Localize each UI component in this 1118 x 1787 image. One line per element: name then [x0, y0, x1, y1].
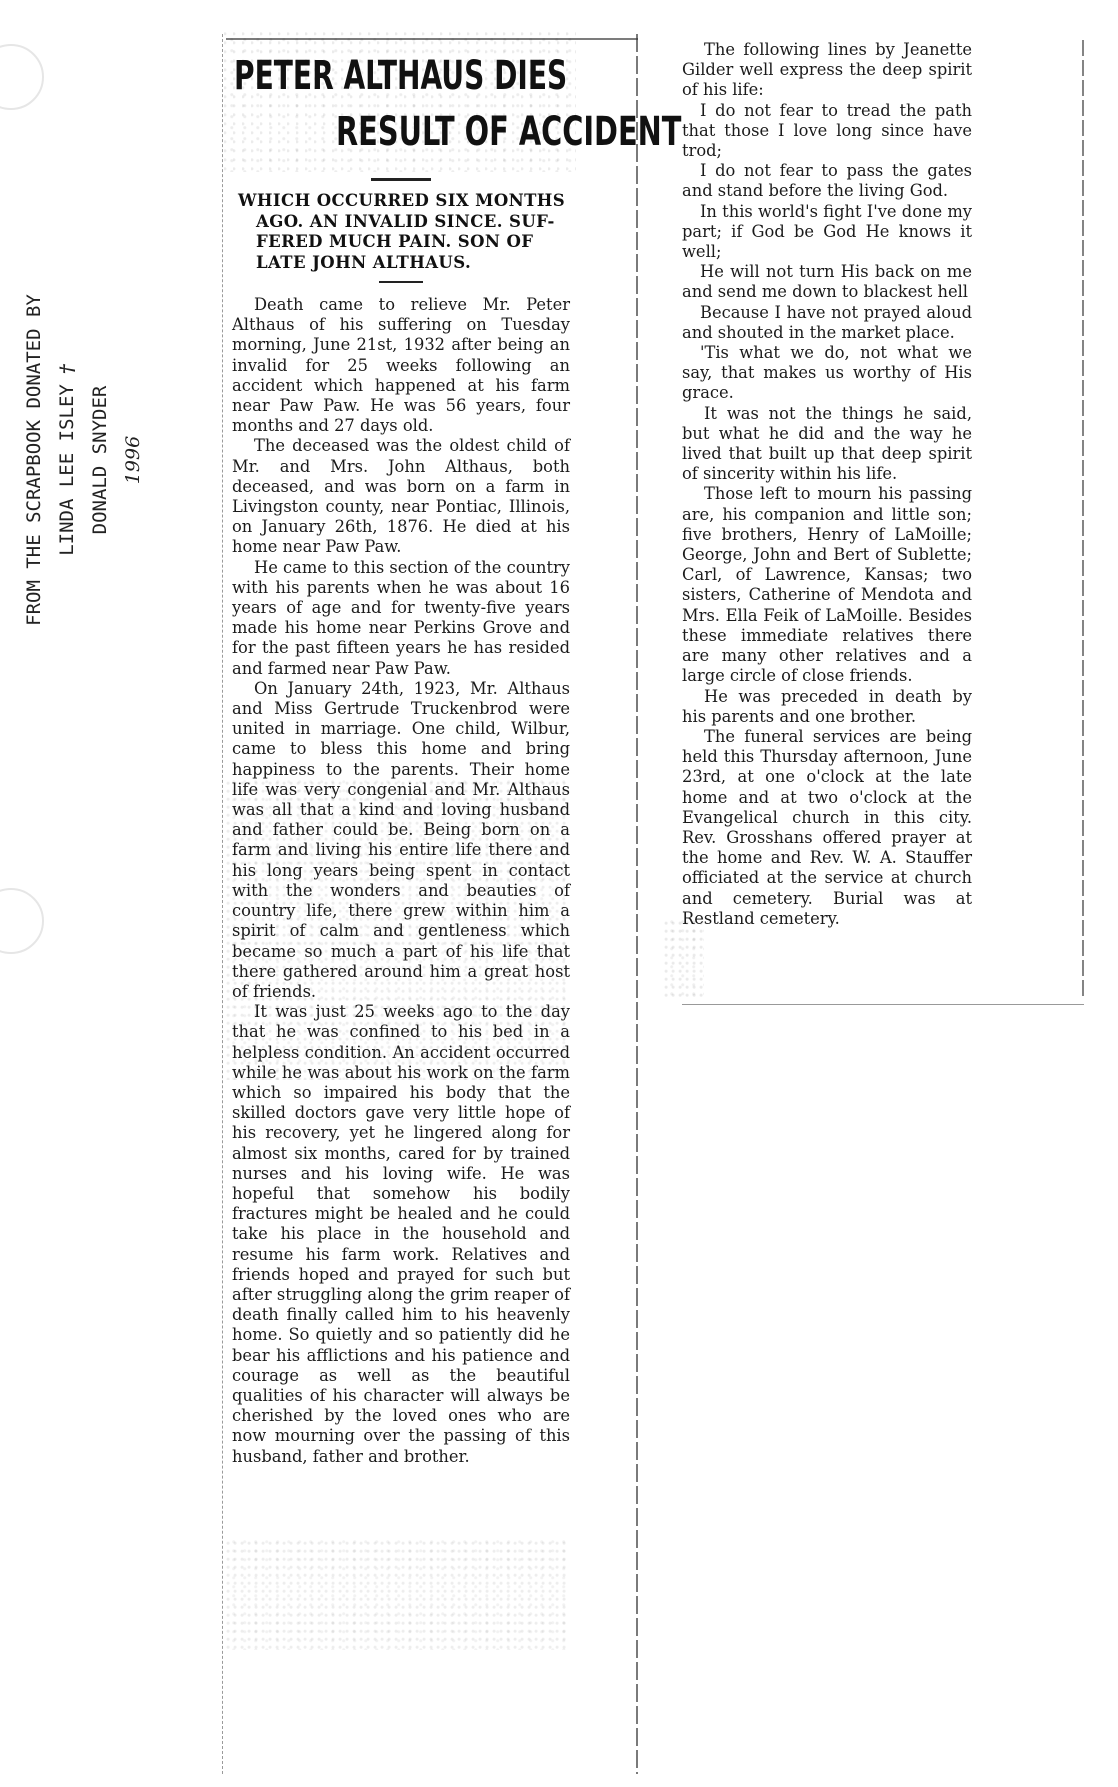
body-paragraph: He was preceded in death by his parents …	[682, 687, 972, 727]
clipping-edge-left	[222, 34, 224, 1774]
poem-verse: I do not fear to pass the gates and stan…	[682, 161, 972, 201]
poem: I do not fear to tread the path that tho…	[682, 101, 972, 404]
article-column-right: The following lines by Jeanette Gilder w…	[682, 40, 972, 929]
body-paragraph: He came to this section of the country w…	[232, 558, 570, 679]
poem-intro: The following lines by Jeanette Gilder w…	[682, 40, 972, 101]
clipping-edge-bottom-right	[682, 1004, 1084, 1005]
binder-hole-top	[0, 44, 44, 110]
deck-line: LATE JOHN ALTHAUS.	[238, 253, 570, 274]
deck-divider	[379, 281, 423, 283]
body-paragraph: On January 24th, 1923, Mr. Althaus and M…	[232, 679, 570, 1002]
article-column-left: PETER ALTHAUS DIES RESULT OF ACCIDENT WH…	[232, 32, 570, 1467]
subheadline-deck: WHICH OCCURRED SIX MONTHS AGO. AN INVALI…	[232, 191, 570, 273]
binder-hole-middle	[0, 888, 44, 954]
deck-line: FERED MUCH PAIN. SON OF	[238, 232, 570, 253]
deck-line: AGO. AN INVALID SINCE. SUF-	[238, 212, 570, 233]
deck-line: WHICH OCCURRED SIX MONTHS	[238, 191, 570, 212]
donation-annotation: FROM THE SCRAPBOOK DONATED BY LINDA LEE …	[18, 230, 158, 690]
body-paragraph: It was just 25 weeks ago to the day that…	[232, 1002, 570, 1467]
body-paragraph: The deceased was the oldest child of Mr.…	[232, 436, 570, 557]
headline-line-1: PETER ALTHAUS DIES	[234, 54, 567, 98]
print-noise	[226, 1540, 566, 1650]
print-noise	[664, 920, 704, 1000]
poem-verse: In this world's fight I've done my part;…	[682, 202, 972, 263]
headline: PETER ALTHAUS DIES RESULT OF ACCIDENT	[224, 32, 576, 172]
headline-line-2: RESULT OF ACCIDENT	[336, 110, 681, 154]
poem-verse: Because I have not prayed aloud and shou…	[682, 303, 972, 343]
clipping-edge-middle	[636, 34, 638, 1774]
body-paragraph: It was not the things he said, but what …	[682, 404, 972, 485]
survivors-paragraph: Those left to mourn his passing are, his…	[682, 484, 972, 686]
annotation-line-2: LINDA LEE ISLEY†	[51, 230, 84, 690]
funeral-paragraph: The funeral services are being held this…	[682, 727, 972, 929]
poem-verse: 'Tis what we do, not what we say, that m…	[682, 343, 972, 404]
annotation-line-3: DONALD SNYDER	[84, 230, 117, 690]
poem-verse: He will not turn His back on me and send…	[682, 262, 972, 302]
headline-divider	[371, 178, 431, 181]
handwritten-mark: †	[56, 364, 78, 374]
annotation-line-1: FROM THE SCRAPBOOK DONATED BY	[18, 230, 51, 690]
poem-verse: I do not fear to tread the path that tho…	[682, 101, 972, 162]
body-paragraph: Death came to relieve Mr. Peter Althaus …	[232, 295, 570, 436]
clipping-edge-right	[1082, 40, 1084, 1000]
annotation-year: 1996	[117, 230, 150, 690]
